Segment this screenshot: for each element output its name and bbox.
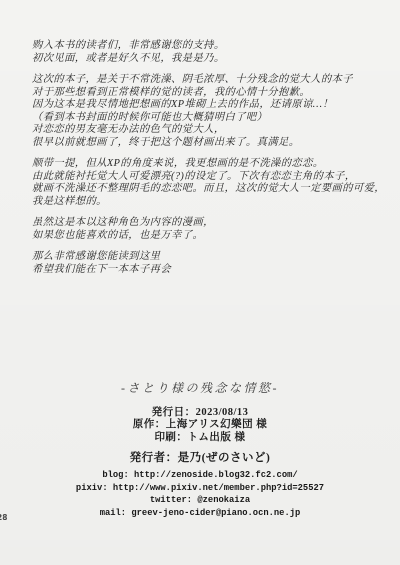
link-row-mail: mail: greev-jeno-cider@piano.ocn.ne.jp	[0, 507, 400, 520]
afterword-line: 对恋恋的男友毫无办法的色气的觉大人，	[32, 124, 386, 137]
link-url: http://www.pixiv.net/member.php?id=25527	[113, 483, 324, 493]
afterword-paragraph: 这次的本子，是关于不常洗澡、阴毛浓厚、十分残念的觉大人的本子 对于那些想看到正常…	[32, 74, 386, 149]
publisher-row: 発行者：是乃(ぜのさいど)	[0, 449, 400, 465]
colophon-row-publish-date: 発行日：2023/08/13	[0, 407, 400, 419]
afterword-line: 因为这本是我尽情地把想画的XP堆砌上去的作品，还请原谅…！	[32, 99, 386, 112]
link-email: greev-jeno-cider@piano.ocn.ne.jp	[131, 508, 300, 518]
afterword-line: 就画不洗澡还不整理阴毛的恋恋吧。而且，这次的觉大人一定要画的可爱，	[32, 183, 386, 196]
colophon-label: 原作：	[133, 419, 166, 430]
afterword-line: 虽然这是本以这种角色为内容的漫画，	[32, 217, 386, 230]
link-label: pixiv:	[76, 483, 108, 493]
publisher-value: 是乃(ぜのさいど)	[178, 452, 271, 464]
link-row-pixiv: pixiv: http://www.pixiv.net/member.php?i…	[0, 482, 400, 495]
colophon-value: 2023/08/13	[196, 407, 249, 418]
afterword-text: 购入本书的读者们，非常感谢您的支持。 初次见面，或者是好久不见，我是是乃。 这次…	[32, 40, 386, 285]
colophon-value: トム出版 様	[187, 432, 245, 443]
afterword-line: 初次见面，或者是好久不见，我是是乃。	[32, 53, 386, 66]
book-title: -さとり様の残念な情慾-	[0, 379, 400, 396]
colophon-label: 発行日：	[152, 407, 196, 418]
link-label: mail:	[100, 508, 126, 518]
afterword-line: 希望我们能在下一本本子再会	[32, 264, 386, 277]
colophon-row-original-work: 原作：上海アリス幻樂団 様	[0, 419, 400, 431]
afterword-line: 这次的本子，是关于不常洗澡、阴毛浓厚、十分残念的觉大人的本子	[32, 74, 386, 87]
link-url: http://zenoside.blog32.fc2.com/	[134, 470, 298, 480]
afterword-line: 购入本书的读者们，非常感谢您的支持。	[32, 40, 386, 53]
afterword-line: 那么非常感谢您能读到这里	[32, 251, 386, 264]
link-label: twitter:	[150, 495, 192, 505]
afterword-line: 顺带一提，但从XP的角度来说，我更想画的是不洗澡的恋恋。	[32, 158, 386, 171]
afterword-paragraph: 顺带一提，但从XP的角度来说，我更想画的是不洗澡的恋恋。 由此就能衬托觉大人可爱…	[32, 158, 386, 208]
contact-links: blog: http://zenoside.blog32.fc2.com/ pi…	[0, 469, 400, 519]
afterword-paragraph: 购入本书的读者们，非常感谢您的支持。 初次见面，或者是好久不见，我是是乃。	[32, 40, 386, 65]
colophon: 発行日：2023/08/13 原作：上海アリス幻樂団 様 印刷：トム出版 様	[0, 407, 400, 444]
colophon-row-printer: 印刷：トム出版 様	[0, 432, 400, 444]
afterword-line: 很早以前就想画了，终于把这个题材画出来了。真满足。	[32, 137, 386, 150]
link-label: blog:	[102, 470, 128, 480]
link-row-blog: blog: http://zenoside.blog32.fc2.com/	[0, 469, 400, 482]
afterword-paragraph: 虽然这是本以这种角色为内容的漫画， 如果您也能喜欢的话，也是万幸了。	[32, 217, 386, 242]
publisher-label: 発行者：	[130, 452, 178, 464]
page-number: 28	[0, 513, 7, 522]
colophon-value: 上海アリス幻樂団 様	[166, 419, 268, 430]
afterword-line: 由此就能衬托觉大人可爱漂亮(?)的设定了。下次有恋恋主角的本子，	[32, 171, 386, 184]
afterword-line: 如果您也能喜欢的话，也是万幸了。	[32, 230, 386, 243]
afterword-paragraph: 那么非常感谢您能读到这里 希望我们能在下一本本子再会	[32, 251, 386, 276]
scanned-afterword-page: 购入本书的读者们，非常感谢您的支持。 初次见面，或者是好久不见，我是是乃。 这次…	[0, 0, 400, 565]
afterword-line: （看到本书封面的时候你可能也大概猜明白了吧）	[32, 112, 386, 125]
afterword-line: 我是这样想的。	[32, 196, 386, 209]
link-row-twitter: twitter: @zenokaiza	[0, 494, 400, 507]
link-handle: @zenokaiza	[197, 495, 250, 505]
afterword-line: 对于那些想看到正常模样的觉的读者，我的心情十分抱歉。	[32, 87, 386, 100]
colophon-label: 印刷：	[154, 432, 187, 443]
